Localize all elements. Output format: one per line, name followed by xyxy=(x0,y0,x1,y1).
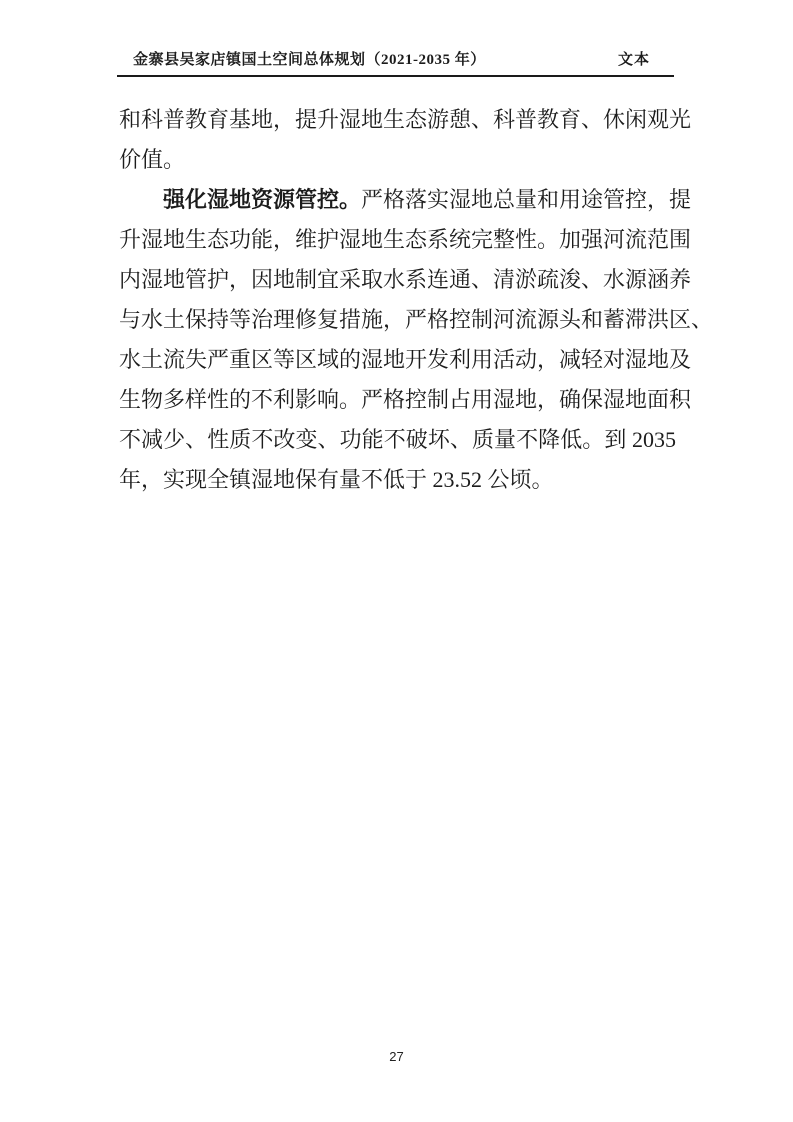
paragraph2-line-text: 严格落实湿地总量和用途管控，提 xyxy=(361,187,691,212)
paragraph2-line: 不减少、性质不改变、功能不破坏、质量不降低。到 2035 xyxy=(119,420,676,460)
paragraph2-lead-heading: 强化湿地资源管控。 xyxy=(163,187,361,212)
paragraph1-line: 和科普教育基地，提升湿地生态游憩、科普教育、休闲观光 xyxy=(119,100,676,140)
paragraph2-line: 内湿地管护，因地制宜采取水系连通、清淤疏浚、水源涵养 xyxy=(119,260,676,300)
paragraph2-line: 强化湿地资源管控。严格落实湿地总量和用途管控，提 xyxy=(119,180,676,220)
paragraph2-line: 升湿地生态功能，维护湿地生态系统完整性。加强河流范围 xyxy=(119,220,676,260)
body-text: 和科普教育基地，提升湿地生态游憩、科普教育、休闲观光 价值。 强化湿地资源管控。… xyxy=(119,100,676,500)
paragraph2-line: 水土流失严重区等区域的湿地开发利用活动，减轻对湿地及 xyxy=(119,340,676,380)
header-title: 金寨县吴家店镇国土空间总体规划（2021-2035 年） xyxy=(117,48,486,69)
page-footer: 27 xyxy=(0,1049,793,1064)
document-page: 金寨县吴家店镇国土空间总体规划（2021-2035 年） 文本 和科普教育基地，… xyxy=(0,0,793,1122)
page-header: 金寨县吴家店镇国土空间总体规划（2021-2035 年） 文本 xyxy=(117,48,674,77)
paragraph1-line: 价值。 xyxy=(119,140,676,180)
paragraph2-line: 与水土保持等治理修复措施，严格控制河流源头和蓄滞洪区、 xyxy=(119,300,676,340)
paragraph2-line: 生物多样性的不利影响。严格控制占用湿地，确保湿地面积 xyxy=(119,380,676,420)
header-doc-type-label: 文本 xyxy=(618,48,674,69)
page-number: 27 xyxy=(389,1049,403,1064)
paragraph2-line: 年，实现全镇湿地保有量不低于 23.52 公顷。 xyxy=(119,460,676,500)
